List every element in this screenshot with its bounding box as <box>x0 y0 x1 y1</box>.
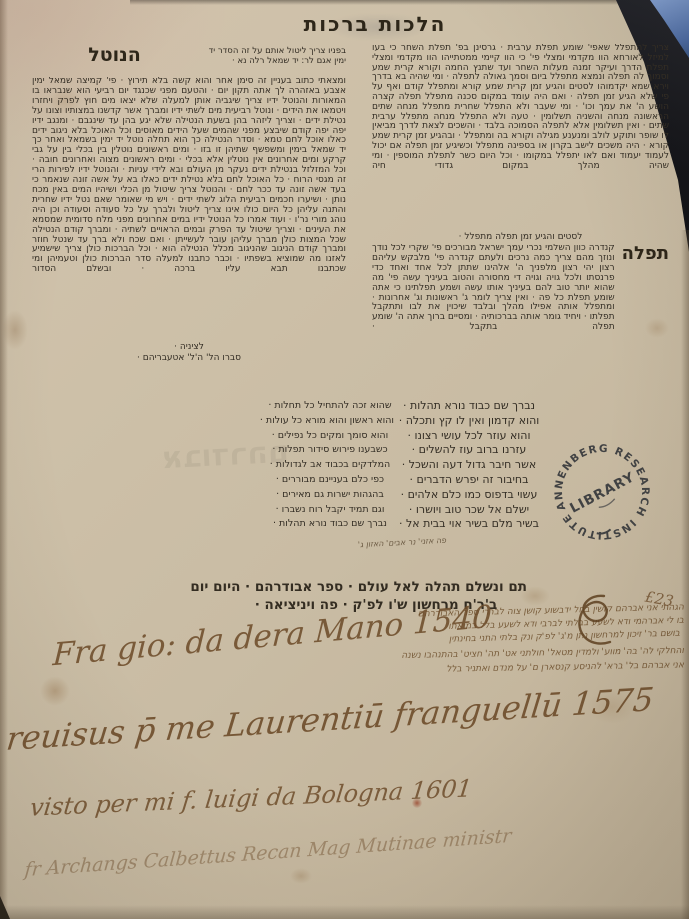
owner-inscription-line: והחלקי לה' בה' מווע' ולמדין מטאל' חולתני… <box>334 646 684 662</box>
tefillah-header: תפלה <box>622 244 669 264</box>
page-bottom-edge-shadow <box>0 905 689 919</box>
stamp-center-text: LIBRARY <box>567 469 637 517</box>
left-column-side-note: בפניו צריך ליטול אותם על זה הסדר ידימין … <box>168 46 346 66</box>
paraph-flourish <box>540 592 620 652</box>
photo-of-book-page: אבודרהם הלכות ברכות צריך להתפלל שאפי' שו… <box>0 0 689 919</box>
foxing-stain <box>40 676 70 706</box>
censor-signature-1575: reuisus p̄ me Laurentiū franguellū 1575 <box>4 680 655 758</box>
tefillah-text: קנדרה כוון השלמי נכרי עמך ישראל מבורכים … <box>372 244 615 333</box>
foxing-stain <box>2 310 28 350</box>
censor-signature-modena: fr Archangs Calbettus Recan Mag Mutinae … <box>24 825 513 881</box>
page-right-edge-shadow <box>681 230 689 919</box>
foxing-stain <box>290 868 312 884</box>
closing-poem-right-column: נברך שם כבוד נורא תהלות ·והוא קדמון ואין… <box>380 399 558 532</box>
colophon-line-1: תם ונשלם תהלה לאל עולם · ספר אבודרהם · ה… <box>225 579 527 597</box>
page-title: הלכות ברכות <box>230 12 520 36</box>
owner-inscription-line: אני אברהם בל' ברא' להניסע קנסארן ם' על מ… <box>384 660 684 675</box>
left-column-text: ומצאתי כתוב בעניין זה סימן אחר והוא קשה … <box>32 77 346 339</box>
scribal-note: פה אזני' נר אבים' האזון ג' <box>332 534 472 550</box>
page-top-edge-shadow <box>130 0 620 5</box>
right-column-text: צריך להתפלל שאפי' שומע תפלת ערבית · גרסי… <box>372 44 669 230</box>
bottom-left-dark-sliver <box>0 896 10 919</box>
censor-signature-1601: visto per mi f. luigi da Bologna 1601 <box>29 774 474 821</box>
page-left-edge-shadow <box>0 0 8 919</box>
left-column-header: הנוטל <box>62 44 167 66</box>
tefillah-section: תפלה קנדרה כוון השלמי נכרי עמך ישראל מבו… <box>372 244 669 352</box>
closing-poem-left-column: שהוא זכה להתחיל כל תחלות ·והוא ראשון והו… <box>266 399 394 532</box>
right-column-centered-line: לסטים והגיע זמן תפלה מתפלל · <box>372 232 669 242</box>
left-column-ending-lines: לציניה ·סברו הל' ה'ל' אטעבריהם · <box>32 342 346 364</box>
